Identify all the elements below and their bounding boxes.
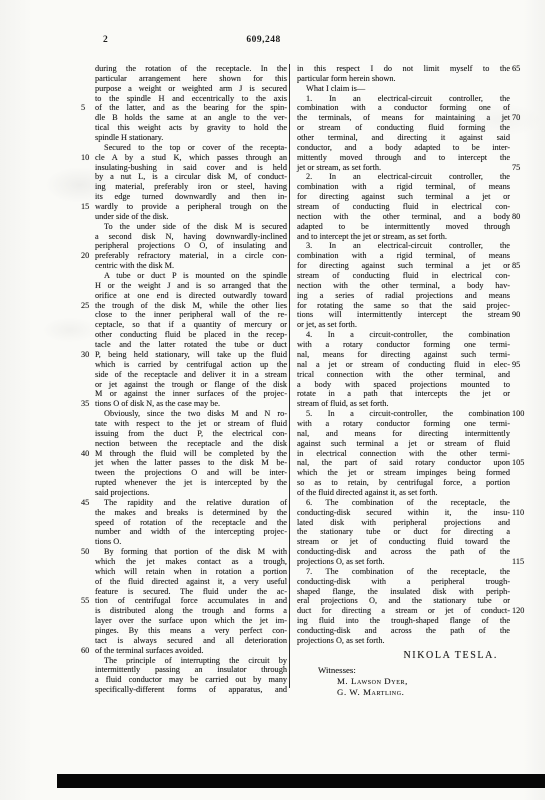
text-line-content: conducting-disk secured within it, the i… xyxy=(297,508,510,517)
text-line: conductor, and a body adapted to be inte… xyxy=(297,143,510,153)
text-line-content: particular arrangement here shown for th… xyxy=(95,74,287,83)
text-line-content: in electrical connection with the other … xyxy=(297,449,510,458)
text-line-content: speed of rotation of the receptacle and … xyxy=(95,518,287,527)
text-line-content: nal a jet or stream of conducting fluid … xyxy=(297,360,510,369)
text-line-content: nection with the other terminal, and a b… xyxy=(297,212,510,221)
text-line-content: of the fluid directed against it, as set… xyxy=(297,488,438,497)
text-line: 2. In an electrical-circuit controller, … xyxy=(297,172,510,182)
text-line: The principle of interrupting the circui… xyxy=(95,656,287,666)
text-line-content: of the terminal surfaces avoided. xyxy=(95,646,204,655)
text-line-content: conductor, and a body adapted to be inte… xyxy=(297,143,510,152)
text-line: cle A by a stud K, which passes through … xyxy=(95,153,287,163)
text-line-content: jet when the latter passes to the disk M… xyxy=(95,458,287,467)
text-line: orifice at one end is directed outwardly… xyxy=(95,291,287,301)
text-line: combination with a rigid terminal, of me… xyxy=(297,251,510,261)
text-line-content: What I claim is— xyxy=(306,84,365,93)
text-line-content: projections O, as set forth. xyxy=(297,636,385,645)
text-line-content: trical connection with the other termina… xyxy=(297,370,510,379)
text-line: stream of conducting fluid in electrical… xyxy=(297,271,510,281)
text-line: the stationary tube or duct for directin… xyxy=(297,527,510,537)
text-line-content: other conducting fluid be placed in the … xyxy=(95,330,287,339)
text-line: rupted whenever the jet is intercepted b… xyxy=(95,478,287,488)
text-line: side of the receptacle and deliver it in… xyxy=(95,370,287,380)
text-line-content: with a rotary conductor forming one term… xyxy=(297,340,510,349)
line-number: 75 xyxy=(512,163,534,173)
text-line: combination with a conductor forming one… xyxy=(297,103,510,113)
text-line: tate with respect to the jet or stream o… xyxy=(95,419,287,429)
text-line: lated disk with peripheral projections a… xyxy=(297,518,510,528)
text-line-content: mittently moved through and to intercept… xyxy=(297,153,510,162)
text-line-content: conducting-disk and across the path of t… xyxy=(297,547,510,556)
text-line: projections O, as set forth.115 xyxy=(297,557,510,567)
text-line-content: adapted to be intermittently moved throu… xyxy=(297,222,510,231)
line-number: 120 xyxy=(512,606,534,616)
text-line-content: tact is always secured and all deteriora… xyxy=(95,636,287,645)
text-line: dle B holds the same at an angle to the … xyxy=(95,113,287,123)
text-line-content: tions O. xyxy=(95,537,121,546)
line-number: 90 xyxy=(512,310,534,320)
text-line: 4. In a circuit-controller, the combinat… xyxy=(297,330,510,340)
text-line-content: which is carried by centrifugal action u… xyxy=(95,360,287,369)
text-line-content: Obviously, since the two disks M and N r… xyxy=(104,409,287,418)
line-number: 115 xyxy=(512,557,534,567)
text-line: rotate in a path that intercepts the jet… xyxy=(297,389,510,399)
text-line-content: tions will intermittently intercept the … xyxy=(297,310,510,319)
text-line-content: cle A by a stud K, which passes through … xyxy=(95,153,287,162)
text-line: nection with the other terminal, and a b… xyxy=(297,212,510,222)
text-line: nection with the other terminal, a body … xyxy=(297,281,510,291)
text-line-content: conducting-disk with a peripheral trough… xyxy=(297,577,510,586)
text-line: What I claim is— xyxy=(297,84,510,94)
text-line-content: its edge turned downwardly and then in- xyxy=(95,192,287,201)
text-line-content: tion of centrifugal force accumulates in… xyxy=(95,596,287,605)
text-line: combination with a rigid terminal, of me… xyxy=(297,182,510,192)
line-number: 35 xyxy=(81,399,95,409)
bottom-scan-bar xyxy=(57,774,545,788)
text-line: of the latter, and as the bearing for th… xyxy=(95,103,287,113)
text-line-content: jet or stream, as set forth. xyxy=(297,163,381,172)
text-line: stream of fluid, as set forth. xyxy=(297,399,510,409)
text-line-content: said projections. xyxy=(95,488,149,497)
text-line: Secured to the top or cover of the recep… xyxy=(95,143,287,153)
text-line: other conducting fluid be placed in the … xyxy=(95,330,287,340)
text-line: other terminal, and directing it against… xyxy=(297,133,510,143)
text-line-content: other terminal, and directing it against… xyxy=(297,133,510,142)
text-line-content: 4. In a circuit-controller, the combinat… xyxy=(306,330,510,339)
text-line-content: 1. In an electrical-circuit controller, … xyxy=(306,94,510,103)
text-line-content: 3. In an electrical-circuit controller, … xyxy=(306,241,510,250)
text-line: tacle and the latter rotated the tube or… xyxy=(95,340,287,350)
text-line-content: specifically-different forms of apparatu… xyxy=(95,685,287,694)
text-line: or jet against the trough or flange of t… xyxy=(95,380,287,390)
line-number: 40 xyxy=(81,449,95,459)
line-number: 60 xyxy=(81,646,95,656)
text-line: tions O. xyxy=(95,537,287,547)
text-line-content: stream or jet of conducting fluid toward… xyxy=(297,537,510,546)
text-line: Obviously, since the two disks M and N r… xyxy=(95,409,287,419)
text-line: of the fluid directed against it, a very… xyxy=(95,577,287,587)
text-line-content: tacle and the latter rotated the tube or… xyxy=(95,340,287,349)
text-line: nal, the part of said rotary conductor u… xyxy=(297,458,510,468)
text-line: against such terminal a jet or stream of… xyxy=(297,439,510,449)
text-line: speed of rotation of the receptacle and … xyxy=(95,518,287,528)
text-line: which will retain when in rotation a por… xyxy=(95,567,287,577)
text-line: in electrical connection with the other … xyxy=(297,449,510,459)
text-line-content: tions O of disk N, as the case may be. xyxy=(95,399,220,408)
text-line: conducting-disk with a peripheral trough… xyxy=(297,577,510,587)
left-column: during the rotation of the receptacle. I… xyxy=(95,64,287,695)
text-line-content: ing material, preferably iron or steel, … xyxy=(95,182,287,191)
text-line-content: intermittently passing an insulator thro… xyxy=(95,665,287,674)
text-line-content: spindle H stationary. xyxy=(95,133,163,142)
text-line-content: for directing against such terminal a je… xyxy=(297,261,510,270)
text-line-content: which the jet or stream impinges being f… xyxy=(297,468,510,477)
text-line: for directing against such terminal a je… xyxy=(297,261,510,271)
text-line-content: ing a series of radial projections and m… xyxy=(297,291,510,300)
text-line: spindle H stationary. xyxy=(95,133,287,143)
text-line-content: particular form herein shown. xyxy=(297,74,396,83)
text-line-content: tate with respect to the jet or stream o… xyxy=(95,419,287,428)
line-number: 30 xyxy=(81,350,95,360)
witness-name: M. Lawson Dyer, xyxy=(297,676,510,687)
text-line-content: nection between the receptacle and the d… xyxy=(95,439,287,448)
text-line: 7. The combination of the receptacle, th… xyxy=(297,567,510,577)
text-line: 1. In an electrical-circuit controller, … xyxy=(297,94,510,104)
text-line: tion of centrifugal force accumulates in… xyxy=(95,596,287,606)
text-line-content: the trough of the disk M, while the othe… xyxy=(95,301,287,310)
page-sheet: 2 609,248 during the rotation of the rec… xyxy=(0,0,545,800)
text-line-content: H or the weight J and is so arranged tha… xyxy=(95,281,287,290)
text-line-content: duct for directing a stream or jet of co… xyxy=(297,606,510,615)
text-line: for directing against such terminal a je… xyxy=(297,192,510,202)
text-line: close to the inner peripheral wall of th… xyxy=(95,310,287,320)
text-line: feature is secured. The fluid under the … xyxy=(95,587,287,597)
text-line-content: A tube or duct P is mounted on the spind… xyxy=(104,271,287,280)
text-line: M or against the inner surfaces of the p… xyxy=(95,389,287,399)
text-line-content: feature is secured. The fluid under the … xyxy=(95,587,287,596)
text-line: for rotating the same so that the said p… xyxy=(297,301,510,311)
text-line: The rapidity and the relative duration o… xyxy=(95,498,287,508)
witness-name: G. W. Martling. xyxy=(297,687,510,698)
line-number: 80 xyxy=(512,212,534,222)
text-line: number and width of the intercepting pro… xyxy=(95,527,287,537)
text-line-content: by a nut L, is a circular disk M, of con… xyxy=(95,172,287,181)
text-line-content: ceptacle, so that if a quantity of mercu… xyxy=(95,320,287,329)
right-column: in this respect I do not limit myself to… xyxy=(297,64,510,698)
text-line: particular arrangement here shown for th… xyxy=(95,74,287,84)
text-line-content: to the spindle H and eccentrically to th… xyxy=(95,94,287,103)
text-line: by a nut L, is a circular disk M, of con… xyxy=(95,172,287,182)
text-line: its edge turned downwardly and then in- xyxy=(95,192,287,202)
text-line: is distributed along the trough and form… xyxy=(95,606,287,616)
text-line-content: The principle of interrupting the circui… xyxy=(104,656,287,665)
line-number: 70 xyxy=(512,113,534,123)
text-line: the terminals, of means for maintaining … xyxy=(297,113,510,123)
text-line-content: which will retain when in rotation a por… xyxy=(95,567,287,576)
text-line-content: rupted whenever the jet is intercepted b… xyxy=(95,478,287,487)
text-line: conducting-disk and across the path of t… xyxy=(297,547,510,557)
text-line-content: The rapidity and the relative duration o… xyxy=(104,498,287,507)
text-line: to the spindle H and eccentrically to th… xyxy=(95,94,287,104)
text-line-content: M or against the inner surfaces of the p… xyxy=(95,389,287,398)
line-number: 45 xyxy=(81,498,95,508)
line-number: 55 xyxy=(81,596,95,606)
text-line-content: a fluid conductor may be carried out by … xyxy=(95,675,287,684)
text-line-content: tween the projections O and will be inte… xyxy=(95,468,287,477)
text-line-content: nal, and means for directing intermitten… xyxy=(297,429,510,438)
text-line-content: and to intercept the jet or stream, as s… xyxy=(297,232,447,241)
text-line-content: side of the receptacle and deliver it in… xyxy=(95,370,287,379)
text-line: insulating-bushing in said cover and is … xyxy=(95,163,287,173)
line-number: 95 xyxy=(512,360,534,370)
line-number: 50 xyxy=(81,547,95,557)
text-line: during the rotation of the receptacle. I… xyxy=(95,64,287,74)
witnesses-label: Witnesses: xyxy=(297,665,510,676)
text-line-content: during the rotation of the receptacle. I… xyxy=(95,64,287,73)
text-line-content: rotate in a path that intercepts the jet… xyxy=(297,389,510,398)
text-line: nal a jet or stream of conducting fluid … xyxy=(297,360,510,370)
text-line-content: ing fluid into the trough-shaped flange … xyxy=(297,616,510,625)
text-line-content: tical this weight acts by gravity to hol… xyxy=(95,123,287,132)
text-line: eral projections O, and the stationary t… xyxy=(297,596,510,606)
text-line: or stream of conducting fluid forming th… xyxy=(297,123,510,133)
text-line-content: of the fluid directed against it, a very… xyxy=(95,577,287,586)
text-line: specifically-different forms of apparatu… xyxy=(95,685,287,695)
line-number: 85 xyxy=(512,261,534,271)
text-line-content: stream of fluid, as set forth. xyxy=(297,399,388,408)
text-line-content: 5. In a circuit-controller, the combinat… xyxy=(306,409,510,418)
text-line: conducting-disk secured within it, the i… xyxy=(297,508,510,518)
line-number: 20 xyxy=(81,251,95,261)
text-line: jet or stream, as set forth.75 xyxy=(297,163,510,173)
text-line: ing a series of radial projections and m… xyxy=(297,291,510,301)
text-line-content: for rotating the same so that the said p… xyxy=(297,301,510,310)
text-line-content: dle B holds the same at an angle to the … xyxy=(95,113,287,122)
text-line-content: wardly to provide a peripheral trough on… xyxy=(95,202,287,211)
text-line-content: Secured to the top or cover of the recep… xyxy=(104,143,287,152)
text-line-content: P, being held stationary, will take up t… xyxy=(95,350,287,359)
text-line-content: 2. In an electrical-circuit controller, … xyxy=(306,172,510,181)
text-line-content: is distributed along the trough and form… xyxy=(95,606,287,615)
text-line: with a rotary conductor forming one term… xyxy=(297,419,510,429)
text-line: so as to retain, by centrifugal force, a… xyxy=(297,478,510,488)
text-line-content: combination with a conductor forming one… xyxy=(297,103,510,112)
text-line: conducting-disk and across the path of t… xyxy=(297,626,510,636)
line-number: 105 xyxy=(512,458,534,468)
text-line-content: nal, means for directing against such te… xyxy=(297,350,510,359)
text-line-content: in this respect I do not limit myself to… xyxy=(297,64,510,73)
text-line-content: combination with a rigid terminal, of me… xyxy=(297,182,510,191)
text-line: the makes and breaks is determined by th… xyxy=(95,508,287,518)
text-line-content: the stationary tube or duct for directin… xyxy=(297,527,510,536)
text-line: wardly to provide a peripheral trough on… xyxy=(95,202,287,212)
text-line: intermittently passing an insulator thro… xyxy=(95,665,287,675)
text-line: said projections. xyxy=(95,488,287,498)
text-line-content: eral projections O, and the stationary t… xyxy=(297,596,510,605)
text-line: of the fluid directed against it, as set… xyxy=(297,488,510,498)
text-line: preferably refractory material, in a cir… xyxy=(95,251,287,261)
text-line: the trough of the disk M, while the othe… xyxy=(95,301,287,311)
text-line: stream of conducting fluid in electrical… xyxy=(297,202,510,212)
text-line: adapted to be intermittently moved throu… xyxy=(297,222,510,232)
text-line: of the terminal surfaces avoided.60 xyxy=(95,646,287,656)
text-line-content: preferably refractory material, in a cir… xyxy=(95,251,287,260)
text-line-content: 6. The combination of the receptacle, th… xyxy=(306,498,510,507)
text-line: tions O of disk N, as the case may be.35 xyxy=(95,399,287,409)
text-line-content: purpose a weight or weighted arm J is se… xyxy=(95,84,287,93)
text-line-content: combination with a rigid terminal, of me… xyxy=(297,251,510,260)
text-line: tions will intermittently intercept the … xyxy=(297,310,510,320)
text-line: particular form herein shown. xyxy=(297,74,510,84)
witnesses-block: Witnesses: M. Lawson Dyer, G. W. Martlin… xyxy=(297,665,510,698)
text-line-content: close to the inner peripheral wall of th… xyxy=(95,310,287,319)
text-line-content: 7. The combination of the receptacle, th… xyxy=(306,567,510,576)
text-line-content: number and width of the intercepting pro… xyxy=(95,527,287,536)
text-line-content: or stream of conducting fluid forming th… xyxy=(297,123,510,132)
text-line-content: under side of the disk. xyxy=(95,212,169,221)
text-line-content: peripheral projections O O, of insulatin… xyxy=(95,241,287,250)
text-line: layer over the surface upon which the je… xyxy=(95,616,287,626)
text-line: a body with spaced projections mounted t… xyxy=(297,380,510,390)
text-line-content: a second disk N, having downwardly-incli… xyxy=(95,232,287,241)
text-line: projections O, as set forth. xyxy=(297,636,510,646)
text-line-content: of the latter, and as the bearing for th… xyxy=(95,103,287,112)
text-line-content: a body with spaced projections mounted t… xyxy=(297,380,510,389)
text-line-content: insulating-bushing in said cover and is … xyxy=(95,163,287,172)
line-number: 25 xyxy=(81,301,95,311)
text-line: a fluid conductor may be carried out by … xyxy=(95,675,287,685)
text-line: P, being held stationary, will take up t… xyxy=(95,350,287,360)
text-line: nal, means for directing against such te… xyxy=(297,350,510,360)
text-line: pinges. By this means a very perfect con… xyxy=(95,626,287,636)
text-line: shaped flange, the insulated disk with p… xyxy=(297,587,510,597)
line-number: 15 xyxy=(81,202,95,212)
line-number: 10 xyxy=(81,153,95,163)
text-line-content: projections O, as set forth. xyxy=(297,557,385,566)
text-line: jet when the latter passes to the disk M… xyxy=(95,458,287,468)
inventor-signature: NIKOLA TESLA. xyxy=(297,649,510,662)
text-line: under side of the disk. xyxy=(95,212,287,222)
text-line: ing fluid into the trough-shaped flange … xyxy=(297,616,510,626)
text-line-content: so as to retain, by centrifugal force, a… xyxy=(297,478,510,487)
text-line: mittently moved through and to intercept… xyxy=(297,153,510,163)
text-line-content: stream of conducting fluid in electrical… xyxy=(297,271,510,280)
text-line-content: stream of conducting fluid in electrical… xyxy=(297,202,510,211)
text-line: issuing from the duct P, the electrical … xyxy=(95,429,287,439)
text-line-content: M through the fluid will be completed by… xyxy=(95,449,287,458)
text-line-content: conducting-disk and across the path of t… xyxy=(297,626,510,635)
text-line: nection between the receptacle and the d… xyxy=(95,439,287,449)
right-column-lines: in this respect I do not limit myself to… xyxy=(297,64,510,646)
text-line-content: By forming that portion of the disk M wi… xyxy=(104,547,287,556)
text-line: A tube or duct P is mounted on the spind… xyxy=(95,271,287,281)
text-line: duct for directing a stream or jet of co… xyxy=(297,606,510,616)
text-line: 3. In an electrical-circuit controller, … xyxy=(297,241,510,251)
text-line: purpose a weight or weighted arm J is se… xyxy=(95,84,287,94)
text-line-content: which the jet makes contact as a trough, xyxy=(95,557,287,566)
text-line: M through the fluid will be completed by… xyxy=(95,449,287,459)
text-line-content: issuing from the duct P, the electrical … xyxy=(95,429,287,438)
text-line: with a rotary conductor forming one term… xyxy=(297,340,510,350)
text-line: tical this weight acts by gravity to hol… xyxy=(95,123,287,133)
text-line: ing material, preferably iron or steel, … xyxy=(95,182,287,192)
text-line-content: the terminals, of means for maintaining … xyxy=(297,113,510,122)
text-line-content: nection with the other terminal, a body … xyxy=(297,281,510,290)
text-line: which is carried by centrifugal action u… xyxy=(95,360,287,370)
text-line: To the under side of the disk M is secur… xyxy=(95,222,287,232)
text-line: which the jet makes contact as a trough, xyxy=(95,557,287,567)
text-line-content: To the under side of the disk M is secur… xyxy=(104,222,287,231)
text-line-content: layer over the surface upon which the je… xyxy=(95,616,287,625)
text-line: trical connection with the other termina… xyxy=(297,370,510,380)
text-line: 5. In a circuit-controller, the combinat… xyxy=(297,409,510,419)
text-line-content: the makes and breaks is determined by th… xyxy=(95,508,287,517)
text-line-content: or jet, as set forth. xyxy=(297,320,357,329)
text-line-content: centric with the disk M. xyxy=(95,261,174,270)
text-line: 6. The combination of the receptacle, th… xyxy=(297,498,510,508)
text-line: H or the weight J and is so arranged tha… xyxy=(95,281,287,291)
text-line-content: shaped flange, the insulated disk with p… xyxy=(297,587,510,596)
text-line: centric with the disk M. xyxy=(95,261,287,271)
text-line: ceptacle, so that if a quantity of mercu… xyxy=(95,320,287,330)
text-line: which the jet or stream impinges being f… xyxy=(297,468,510,478)
patent-number: 609,248 xyxy=(0,35,527,45)
column-divider xyxy=(289,64,290,688)
text-line-content: with a rotary conductor forming one term… xyxy=(297,419,510,428)
text-line-content: for directing against such terminal a je… xyxy=(297,192,510,201)
text-line-content: against such terminal a jet or stream of… xyxy=(297,439,510,448)
text-line: in this respect I do not limit myself to… xyxy=(297,64,510,74)
text-line-content: lated disk with peripheral projections a… xyxy=(297,518,510,527)
text-line: stream or jet of conducting fluid toward… xyxy=(297,537,510,547)
text-line: By forming that portion of the disk M wi… xyxy=(95,547,287,557)
text-line: tween the projections O and will be inte… xyxy=(95,468,287,478)
line-number: 65 xyxy=(512,64,534,74)
text-line: a second disk N, having downwardly-incli… xyxy=(95,232,287,242)
text-line: nal, and means for directing intermitten… xyxy=(297,429,510,439)
text-line: or jet, as set forth. xyxy=(297,320,510,330)
text-line-content: pinges. By this means a very perfect con… xyxy=(95,626,287,635)
text-line: tact is always secured and all deteriora… xyxy=(95,636,287,646)
text-line: peripheral projections O O, of insulatin… xyxy=(95,241,287,251)
text-line-content: nal, the part of said rotary conductor u… xyxy=(297,458,510,467)
line-number: 5 xyxy=(81,103,95,113)
text-line-content: or jet against the trough or flange of t… xyxy=(95,380,287,389)
text-line: and to intercept the jet or stream, as s… xyxy=(297,232,510,242)
line-number: 100 xyxy=(512,409,534,419)
line-number: 110 xyxy=(512,508,534,518)
text-line-content: orifice at one end is directed outwardly… xyxy=(95,291,287,300)
